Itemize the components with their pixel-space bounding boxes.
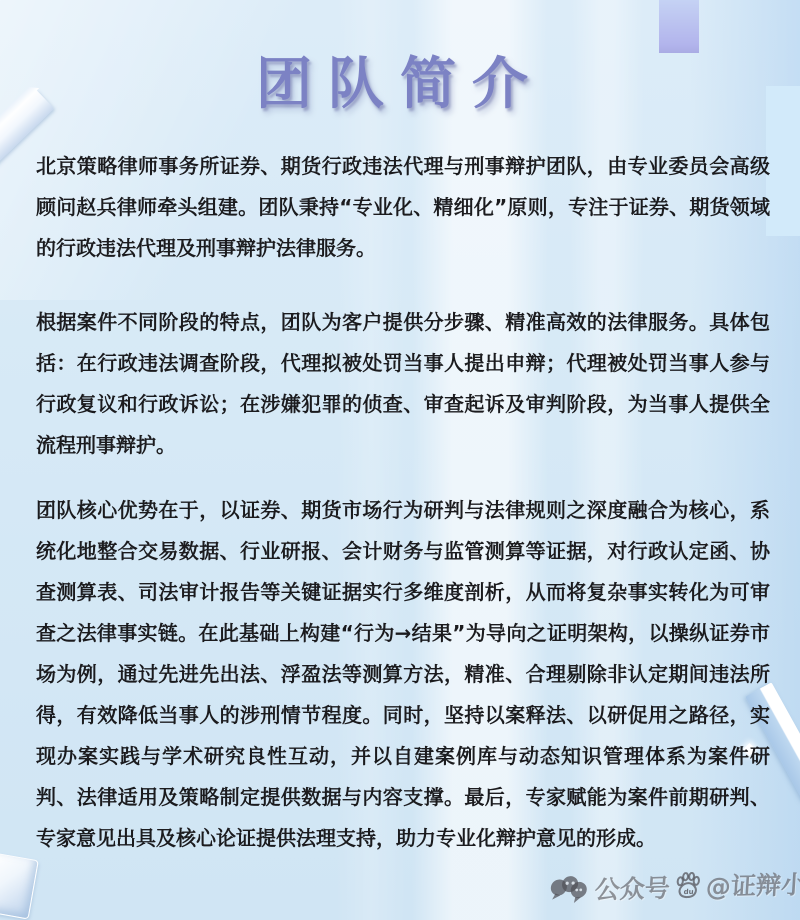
intro-paragraph: 北京策略律师事务所证券、期货行政违法代理与刑事辩护团队，由专业委员会高级顾问赵兵… [36, 146, 770, 269]
page-title: 团队简介 [0, 40, 800, 120]
watermark-account: @证辩小兵 [705, 864, 800, 903]
baidu-paw-icon: du [674, 872, 702, 901]
watermark-prefix: 公众号 [594, 869, 671, 907]
team-intro-poster: 团队简介 北京策略律师事务所证券、期货行政违法代理与刑事辩护团队，由专业委员会高… [0, 0, 800, 920]
svg-text:du: du [683, 887, 694, 896]
wechat-bubbles-icon [549, 874, 591, 905]
advantages-paragraph: 团队核心优势在于，以证券、期货市场行为研判与法律规则之深度融合为核心，系统化地整… [36, 490, 770, 859]
glass-gem-bottom-left-decoration [0, 852, 39, 919]
services-paragraph: 根据案件不同阶段的特点，团队为客户提供分步骤、精准高效的法律服务。具体包括：在行… [36, 302, 770, 466]
watermark: 公众号 du @证辩小兵 [548, 860, 800, 911]
